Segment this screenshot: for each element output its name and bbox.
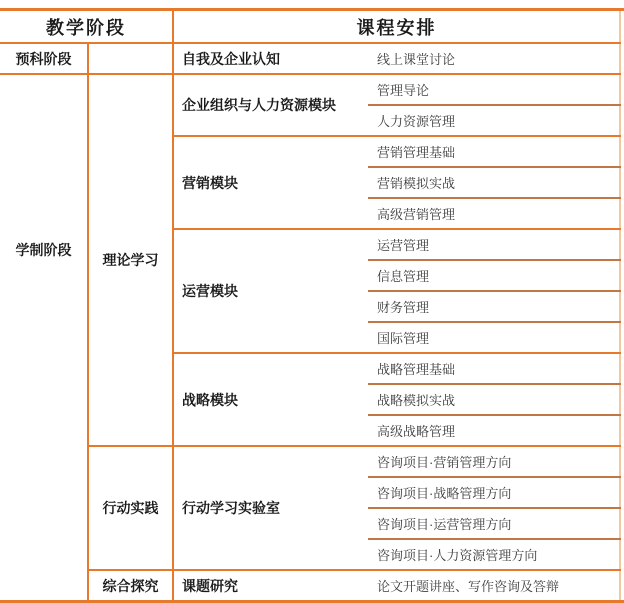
- table-row: 行动实践 行动学习实验室 咨询项目·营销管理方向: [0, 446, 620, 477]
- course-cell: 咨询项目·人力资源管理方向: [368, 539, 620, 570]
- course-cell: 战略管理基础: [368, 353, 620, 384]
- module-cell-thesis: 课题研究: [173, 570, 368, 600]
- module-cell-marketing: 营销模块: [173, 136, 368, 229]
- course-cell: 营销管理基础: [368, 136, 620, 167]
- course-cell: 营销模拟实战: [368, 167, 620, 198]
- phase-cell-empty: [88, 43, 173, 74]
- course-cell: 咨询项目·营销管理方向: [368, 446, 620, 477]
- course-cell: 财务管理: [368, 291, 620, 322]
- table-row: 预科阶段 自我及企业认知 线上课堂讨论: [0, 43, 620, 74]
- course-cell: 咨询项目·战略管理方向: [368, 477, 620, 508]
- course-cell: 国际管理: [368, 322, 620, 353]
- module-cell-operations: 运营模块: [173, 229, 368, 353]
- table-header-row: 教学阶段 课程安排: [0, 11, 620, 43]
- phase-cell-synthesis: 综合探究: [88, 570, 173, 600]
- phase-cell-theory: 理论学习: [88, 74, 173, 446]
- stage-cell-preparatory: 预科阶段: [0, 43, 88, 74]
- header-teaching-stage: 教学阶段: [0, 11, 173, 43]
- module-cell-org-hr: 企业组织与人力资源模块: [173, 74, 368, 136]
- curriculum-table: 教学阶段 课程安排 预科阶段 自我及企业认知 线上课堂讨论 学制阶段 理论学习 …: [0, 11, 621, 600]
- table-row: 综合探究 课题研究 论文开题讲座、写作咨询及答辩: [0, 570, 620, 600]
- course-cell: 管理导论: [368, 74, 620, 105]
- course-cell: 战略模拟实战: [368, 384, 620, 415]
- course-cell: 咨询项目·运营管理方向: [368, 508, 620, 539]
- course-cell: 高级战略管理: [368, 415, 620, 446]
- table-row: 学制阶段 理论学习 企业组织与人力资源模块 管理导论: [0, 74, 620, 105]
- course-cell: 信息管理: [368, 260, 620, 291]
- course-cell: 线上课堂讨论: [368, 43, 620, 74]
- header-course-plan: 课程安排: [173, 11, 620, 43]
- module-cell-self-cognition: 自我及企业认知: [173, 43, 368, 74]
- course-cell: 运营管理: [368, 229, 620, 260]
- module-cell-strategy: 战略模块: [173, 353, 368, 446]
- module-cell-action-lab: 行动学习实验室: [173, 446, 368, 570]
- course-cell: 论文开题讲座、写作咨询及答辩: [368, 570, 620, 600]
- curriculum-sheet: 教学阶段 课程安排 预科阶段 自我及企业认知 线上课堂讨论 学制阶段 理论学习 …: [0, 8, 624, 603]
- phase-cell-action: 行动实践: [88, 446, 173, 570]
- course-cell: 高级营销管理: [368, 198, 620, 229]
- course-cell: 人力资源管理: [368, 105, 620, 136]
- stage-cell-academic: 学制阶段: [0, 74, 88, 600]
